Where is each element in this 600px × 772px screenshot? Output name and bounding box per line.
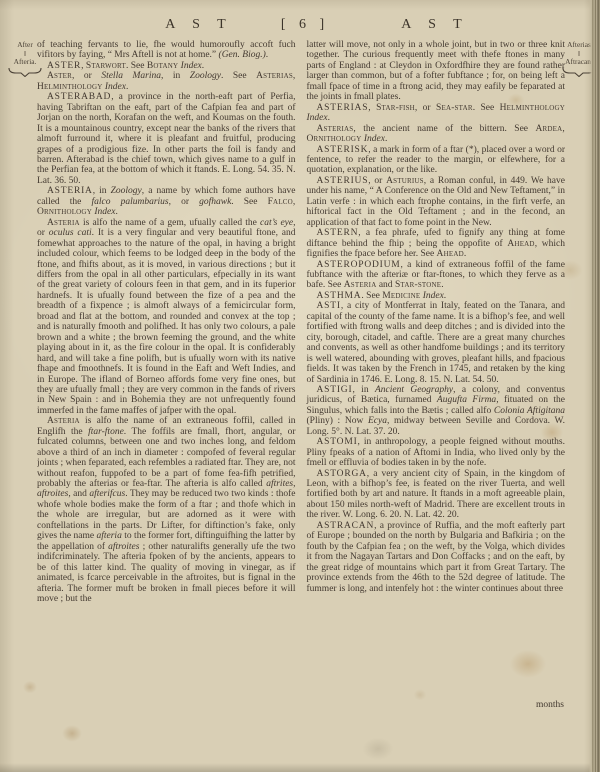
text-run: , in (93, 186, 111, 196)
text-run: Index (364, 134, 385, 144)
text-run: Sea-star (436, 103, 473, 113)
text-run: Ecya (368, 416, 387, 426)
text-run: . It is a very fingular and very beautif… (37, 228, 296, 416)
text-run: ASTERIAS (317, 103, 369, 113)
paragraph: ASTERABAD, a province in the north-eaft … (37, 92, 296, 186)
text-run: afteria (96, 531, 121, 541)
book-page-scan: A S T [ 6 ] A S T After ‖ Afteria. After… (0, 0, 600, 772)
text-run: ASTERISK (317, 145, 369, 155)
text-run: . (328, 113, 330, 123)
text-run: afterifcus (89, 489, 125, 499)
text-run: Index (423, 291, 444, 301)
text-run: ASTIGI (317, 385, 353, 395)
text-run: Stella Marina (101, 71, 161, 81)
text-run: (Pliny) : Now (307, 416, 368, 426)
text-run: . See (231, 197, 267, 207)
text-run: Colonia Aftigitana (494, 406, 565, 416)
text-run: Botany (147, 61, 178, 71)
text-run: Index (94, 207, 115, 217)
text-run: aftrites (266, 479, 293, 489)
text-run: , a province in the north-eaft part of P… (37, 92, 296, 186)
text-run: ASTOMI (317, 437, 358, 447)
text-run: Zoology (111, 186, 142, 196)
text-run: Helminthology (500, 103, 565, 113)
text-column-left: of teaching fervants to lie, fhe would h… (37, 40, 296, 718)
text-run: falco palumbarius (91, 197, 168, 207)
text-run: . (202, 61, 204, 71)
text-run: oculus cati (49, 228, 92, 238)
text-run: , or (415, 103, 436, 113)
paragraph: ASTERIAS, Star-fish, or Sea-star. See He… (307, 103, 566, 124)
paragraph: Aster, or Stella Marina, in Zoology. See… (37, 71, 296, 92)
text-run: Medicine (382, 291, 420, 301)
running-title-left: A S T (165, 17, 232, 33)
text-run: Asteria (344, 280, 377, 290)
paragraph: latter will move, not only in a whole jo… (307, 40, 566, 103)
text-run: . (441, 280, 443, 290)
paragraph: Asteria is alfo the name of a gem, ufual… (37, 218, 296, 417)
text-block: of teaching fervants to lie, fhe would h… (37, 40, 565, 718)
paragraph: ASTOMI, in anthropology, a people feigne… (307, 437, 566, 468)
text-run: Ahead (437, 249, 464, 259)
paragraph: Asteria is alfo the name of an extraneou… (37, 416, 296, 604)
text-run: . See (126, 61, 147, 71)
text-run: , (368, 103, 376, 113)
text-run: latter will move, not only in a whole jo… (307, 40, 566, 102)
page-edge-texture (584, 0, 600, 772)
text-run: ; other naturalifts generally ufe the tw… (37, 542, 296, 604)
text-run: . (464, 249, 466, 259)
text-run: Asturius (386, 176, 424, 186)
text-column-right: latter will move, not only in a whole jo… (307, 40, 566, 718)
text-run: Aster (47, 71, 72, 81)
text-run: . See (361, 291, 382, 301)
text-run: (Gen. Biog.) (219, 50, 266, 60)
text-run: . (126, 82, 128, 92)
text-run: , or (169, 197, 199, 207)
text-run: ASTI (317, 301, 341, 311)
text-run: . (444, 291, 446, 301)
text-run: Zoology (190, 71, 221, 81)
text-run: gofhawk (199, 197, 231, 207)
text-run: . See (473, 103, 500, 113)
paragraph: ASTEROPODIUM, a kind of extraneous foffi… (307, 260, 566, 291)
text-run: cat’s eye (260, 218, 293, 228)
paragraph: ASTERIA, in Zoology, a name by which fom… (37, 186, 296, 217)
catchword: months (536, 700, 564, 710)
paragraph: ASTERN, a fea phrafe, ufed to fignify an… (307, 228, 566, 259)
paragraph: ASTERIUS, or Asturius, a Roman conful, i… (307, 176, 566, 228)
text-run: . (266, 50, 268, 60)
paragraph: of teaching fervants to lie, fhe would h… (37, 40, 296, 61)
text-run: ASTERN (317, 228, 359, 238)
text-run: ASTORGA (317, 469, 367, 479)
text-run: Asteria (47, 416, 80, 426)
paragraph: ASTI, a city of Montferrat in Italy, fea… (307, 301, 566, 385)
text-run: , or (368, 176, 386, 186)
text-run: , and (68, 489, 89, 499)
paragraph: ASTORGA, a very ancient city of Spain, i… (307, 469, 566, 521)
text-run: , or (72, 71, 101, 81)
text-run: Index (105, 82, 126, 92)
text-run: Ancient Geography (375, 385, 453, 395)
text-run: , in (161, 71, 190, 81)
page-number: [ 6 ] (281, 17, 329, 33)
paragraph: ASTIGI, in Ancient Geography, a colony, … (307, 385, 566, 437)
running-title-right: A S T (401, 17, 468, 33)
text-run: ASTRACAN (317, 521, 375, 531)
text-run: is alfo the name of a gem, ufually calle… (80, 218, 260, 228)
text-run: , a province of Ruffia, and the moft eaf… (307, 521, 566, 594)
text-run: ASTERIUS (317, 176, 369, 186)
text-run: Star-fish (376, 103, 415, 113)
text-run: . The foffils are fmall, fhort, angular,… (37, 427, 296, 489)
text-run: ASTEROPODIUM (317, 260, 401, 270)
paragraph: ASTERISK, a mark in form of a ftar (*), … (307, 145, 566, 176)
text-run: , in (352, 385, 375, 395)
text-run: aftroites (37, 489, 68, 499)
text-run: ASTHMA (317, 291, 362, 301)
text-run: Asteria (47, 218, 80, 228)
text-run: and (376, 280, 394, 290)
text-run: Starwort (86, 61, 126, 71)
text-run: . (385, 134, 387, 144)
text-run: , the ancient name of the bittern. See (353, 124, 535, 134)
text-run: . (115, 207, 117, 217)
text-run: ftar-ftone (88, 427, 124, 437)
text-run: Star-stone (395, 280, 441, 290)
text-run: Augufta Firma (437, 395, 496, 405)
paragraph: ASTRACAN, a province of Ruffia, and the … (307, 521, 566, 594)
text-run: Ahead (507, 239, 534, 249)
text-run: ASTERIA (47, 186, 93, 196)
text-run: , (293, 479, 295, 489)
paragraph: ASTER, Starwort. See Botany Index. (37, 61, 296, 71)
text-run: aftroites (108, 542, 139, 552)
paragraph: ASTHMA. See Medicine Index. (307, 291, 566, 301)
text-run: , a city of Montferrat in Italy, feated … (307, 301, 566, 384)
running-head: A S T [ 6 ] A S T (0, 17, 600, 35)
paragraph: Asterias, the ancient name of the bitter… (307, 124, 566, 145)
text-run: ASTERABAD (47, 92, 111, 102)
text-run: Asterias (317, 124, 354, 134)
text-run: ASTER (47, 61, 81, 71)
text-run: Index (307, 113, 328, 123)
text-run: . See (221, 71, 256, 81)
text-run: Index (181, 61, 202, 71)
